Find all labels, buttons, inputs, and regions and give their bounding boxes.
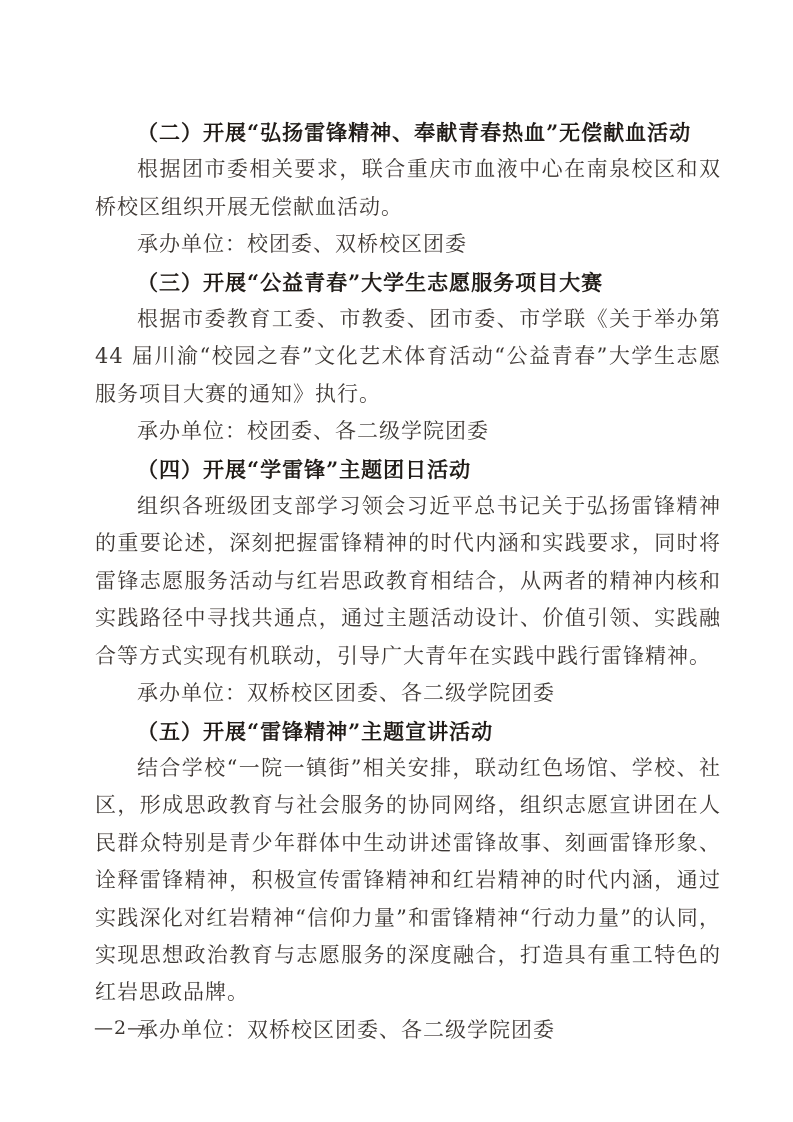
section-4-body: 组织各班级团支部学习领会习近平总书记关于弘扬雷锋精神的重要论述，深刻把握雷锋精神…: [95, 488, 721, 675]
document-page: { "page": { "background": "#ffffff", "bo…: [0, 0, 793, 1122]
section-5-organizer: 承办单位：双桥校区团委、各二级学院团委: [95, 1012, 721, 1049]
section-2-body: 根据团市委相关要求，联合重庆市血液中心在南泉校区和双桥校区组织开展无偿献血活动。: [95, 151, 721, 226]
document-body: （二）开展“弘扬雷锋精神、奉献青春热血”无偿献血活动 根据团市委相关要求，联合重…: [95, 114, 721, 1049]
section-4-organizer: 承办单位：双桥校区团委、各二级学院团委: [95, 675, 721, 712]
page-number: —2—: [94, 1016, 147, 1040]
section-3-heading: （三）开展“公益青春”大学生志愿服务项目大赛: [95, 264, 721, 301]
section-5-heading: （五）开展“雷锋精神”主题宣讲活动: [95, 713, 721, 750]
section-5-body: 结合学校“一院一镇街”相关安排，联动红色场馆、学校、社区，形成思政教育与社会服务…: [95, 750, 721, 1012]
section-2-heading: （二）开展“弘扬雷锋精神、奉献青春热血”无偿献血活动: [95, 114, 721, 151]
section-3-organizer: 承办单位：校团委、各二级学院团委: [95, 413, 721, 450]
section-2-organizer: 承办单位：校团委、双桥校区团委: [95, 226, 721, 263]
section-4-heading: （四）开展“学雷锋”主题团日活动: [95, 451, 721, 488]
section-3-body: 根据市委教育工委、市教委、团市委、市学联《关于举办第 44 届川渝“校园之春”文…: [95, 301, 721, 413]
